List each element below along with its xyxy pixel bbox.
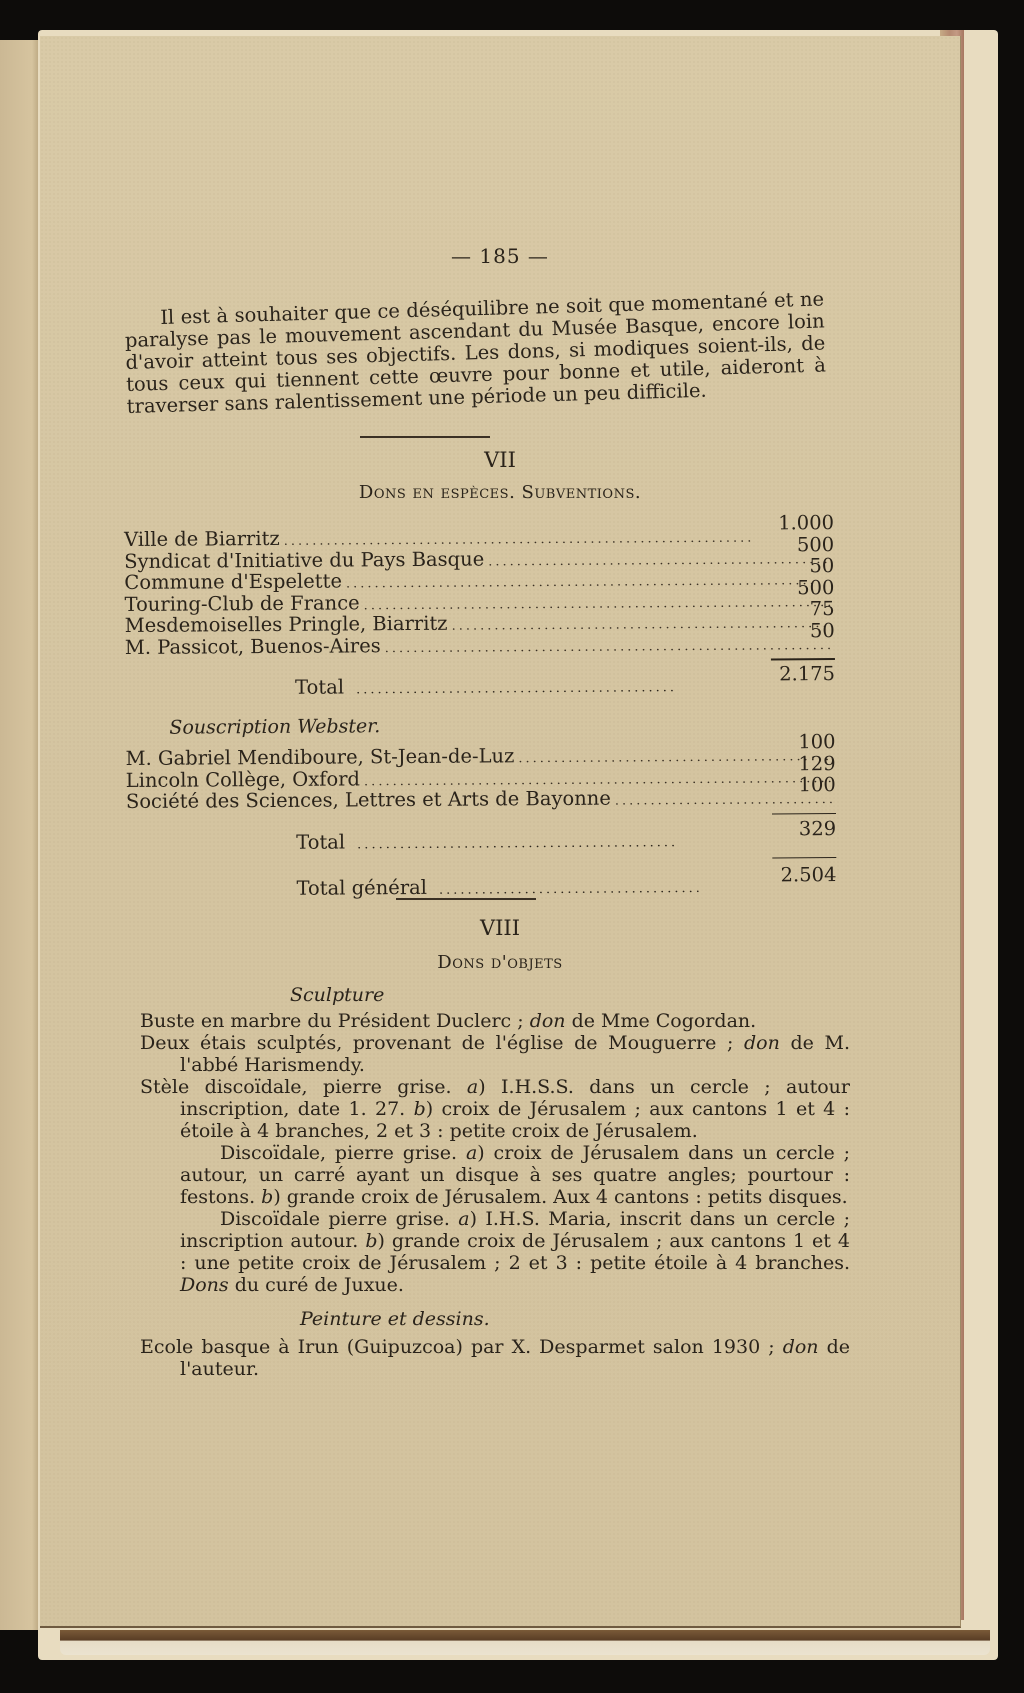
donation-amount: 1.000 xyxy=(764,511,834,534)
section-vii-numeral: VII xyxy=(40,448,960,472)
grand-total-label: Total général xyxy=(296,875,427,899)
cash-donations-ledger: Ville de Biarritz ......................… xyxy=(124,523,837,901)
donation-amount: 500 xyxy=(764,533,834,556)
don-word: don xyxy=(530,1010,566,1032)
donation-amount: 50 xyxy=(764,554,834,577)
separator-rule xyxy=(360,436,490,438)
grand-total-row: Total général ..........................… xyxy=(296,873,836,901)
donation-entry: Ecole basque à Irun (Guipuzcoa) par X. D… xyxy=(140,1336,850,1380)
donation-amount: 100 xyxy=(765,730,835,753)
donation-amount: 500 xyxy=(764,576,834,599)
sculpture-heading: Sculpture xyxy=(290,984,850,1006)
total-amount: 2.175 xyxy=(755,662,835,686)
webster-heading: Souscription Webster. xyxy=(169,712,835,743)
separator-rule xyxy=(396,898,536,900)
item-letter: b xyxy=(365,1230,377,1252)
entry-text: Buste en marbre du Président Duclerc ; xyxy=(140,1010,530,1032)
item-letter: a xyxy=(458,1208,469,1230)
total-label: Total xyxy=(296,830,345,853)
section-vii-title: Dons en espèces. Subventions. xyxy=(40,482,960,503)
donation-entry: Deux étais sculptés, provenant de l'égli… xyxy=(140,1032,850,1076)
donation-entry: Buste en marbre du Président Duclerc ; d… xyxy=(140,1010,850,1032)
donation-entry: Stèle discoïdale, pierre grise. a) I.H.S… xyxy=(140,1076,850,1142)
facing-page-edge xyxy=(0,40,40,1630)
entry-text: du curé de Juxue. xyxy=(229,1274,404,1296)
total-label: Total xyxy=(295,675,344,698)
book-page: — 185 — Il est à souhaiter que ce déséqu… xyxy=(40,36,961,1628)
entry-text: de Mme Cogordan. xyxy=(566,1010,757,1032)
sum-rule xyxy=(772,857,836,859)
leader-dots: ........................................… xyxy=(439,880,699,897)
intro-text: Il est à souhaiter que ce déséquilibre n… xyxy=(125,287,827,418)
item-letter: a xyxy=(467,1076,478,1098)
entry-text: Stèle discoïdale, pierre grise. xyxy=(140,1076,467,1098)
entry-text: Deux étais sculptés, provenant de l'égli… xyxy=(140,1032,744,1054)
item-letter: b xyxy=(414,1098,426,1120)
painting-heading: Peinture et dessins. xyxy=(300,1308,850,1330)
item-letter: a xyxy=(466,1142,477,1164)
subtotal-row: Total ..................................… xyxy=(295,672,835,700)
donation-amount: 75 xyxy=(765,597,835,620)
donation-amount: 50 xyxy=(765,619,835,642)
entry-text: ) grande croix de Jérusalem. Aux 4 canto… xyxy=(273,1186,847,1208)
grand-total-amount: 2.504 xyxy=(756,863,836,887)
section-viii-title: Dons d'objets xyxy=(40,952,960,973)
donor-name: Ville de Biarritz xyxy=(124,527,280,551)
item-letter: b xyxy=(261,1186,273,1208)
donation-amount: 129 xyxy=(766,752,836,775)
sum-rule xyxy=(772,813,836,815)
entry-text: Ecole basque à Irun (Guipuzcoa) par X. D… xyxy=(140,1336,783,1358)
donation-entry: Discoïdale, pierre grise. a) croix de Jé… xyxy=(140,1142,850,1208)
don-word: don xyxy=(744,1032,780,1054)
object-donations: Sculpture Buste en marbre du Président D… xyxy=(140,978,850,1380)
don-word: don xyxy=(783,1336,819,1358)
sum-rule xyxy=(771,658,835,660)
leader-dots: ........................................… xyxy=(357,835,677,852)
dons-word: Dons xyxy=(180,1274,229,1296)
page-number: — 185 — xyxy=(40,244,960,268)
total-amount: 329 xyxy=(756,817,836,841)
leader-dots: ........................................… xyxy=(356,680,676,697)
entry-text: Discoïdale, pierre grise. xyxy=(220,1142,466,1164)
section-viii-numeral: VIII xyxy=(40,916,960,940)
bottom-page-edge xyxy=(60,1630,990,1655)
entry-text: Discoïdale pierre grise. xyxy=(220,1208,458,1230)
donation-entry: Discoïdale pierre grise. a) I.H.S. Maria… xyxy=(140,1208,850,1296)
intro-paragraph: Il est à souhaiter que ce déséquilibre n… xyxy=(124,288,827,418)
donation-amount: 100 xyxy=(766,773,836,796)
